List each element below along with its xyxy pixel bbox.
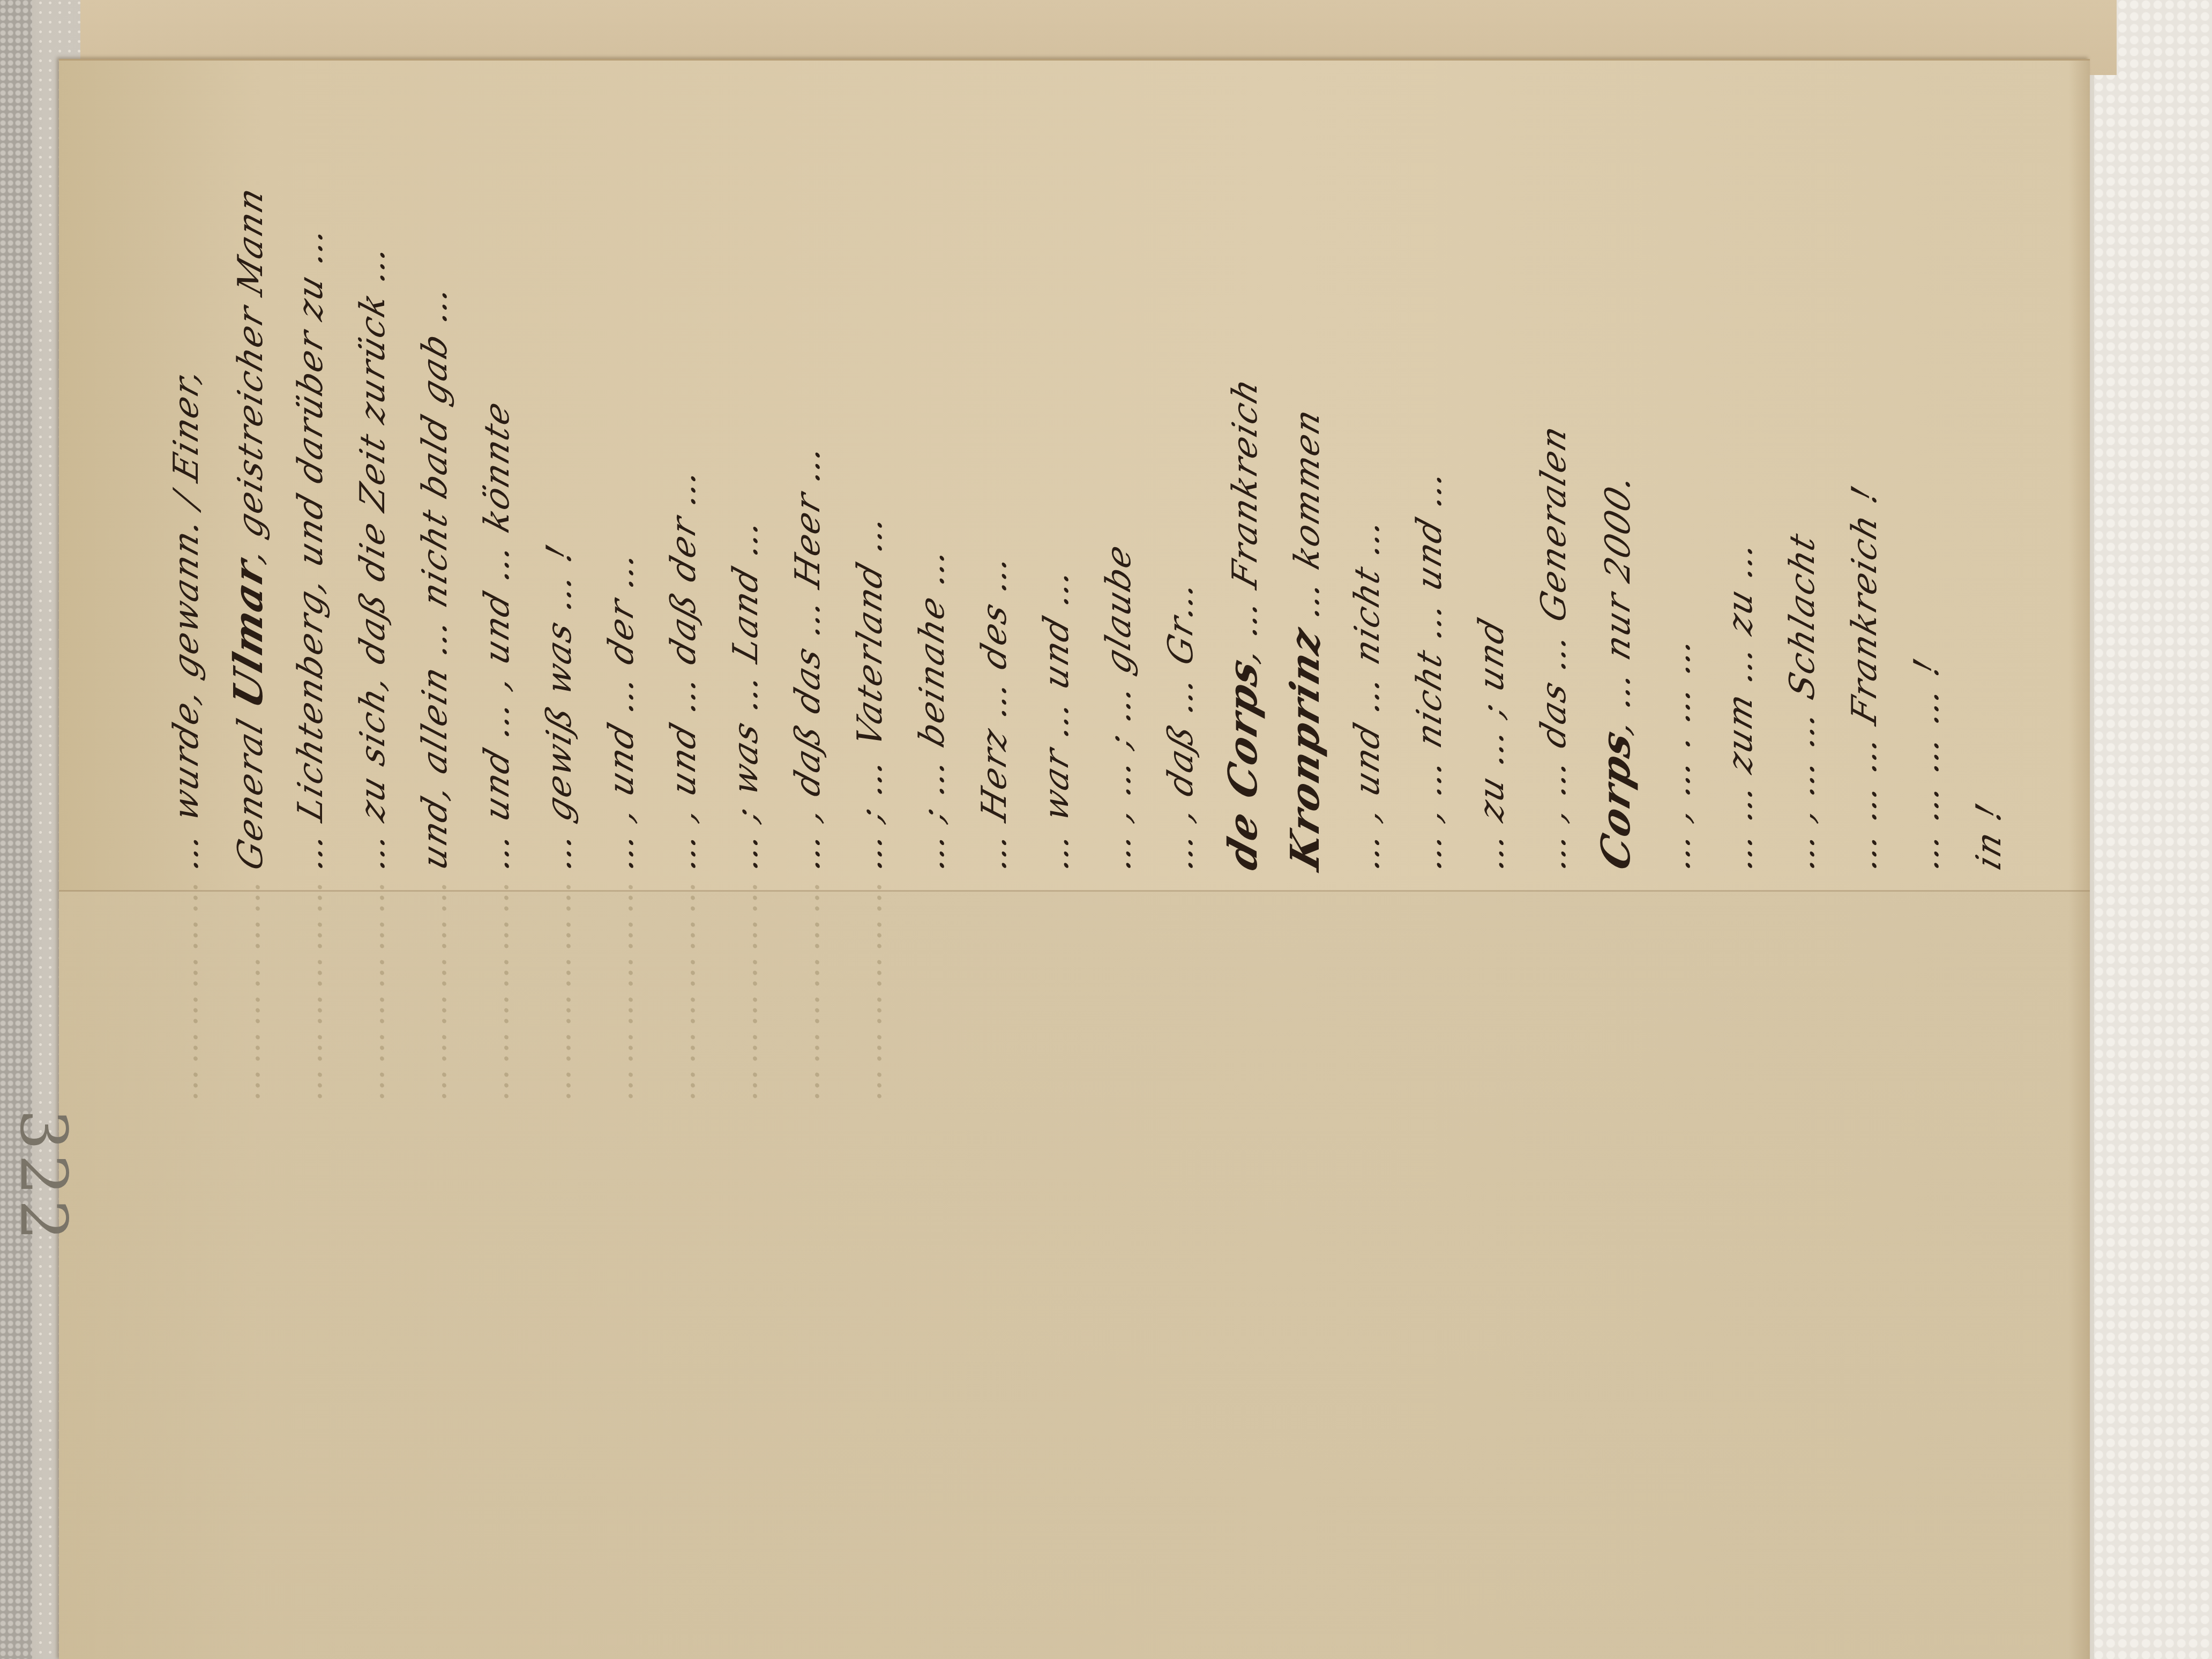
- bleed-through-line: ………………: [404, 869, 466, 1639]
- manuscript-line: … , daß das … Heer …: [777, 22, 839, 878]
- kurrent-text: … wurde, gewann. / Einer,: [167, 362, 206, 875]
- manuscript-line: … zu sich, daß die Zeit zurück …: [342, 22, 404, 878]
- manuscript-line: … war … und …: [1026, 22, 1088, 878]
- kurrent-text: , … Frankreich: [1225, 372, 1265, 667]
- kurrent-text: … … … Frankreich !: [1845, 480, 1885, 875]
- bleed-through-line: ………………: [777, 869, 839, 1639]
- manuscript-line: … … zum … zu …: [1709, 22, 1772, 878]
- page-number: 322: [6, 1066, 80, 1202]
- manuscript-line: … gewiß was … !: [528, 22, 591, 878]
- manuscript-line: … , … ; … glaube: [1088, 22, 1150, 878]
- bleed-through-line: ………………: [280, 869, 342, 1639]
- kurrent-text: … , daß … Gr…: [1161, 574, 1201, 875]
- bleed-through-line: ………………: [466, 869, 528, 1639]
- kurrent-text: … gewiß was … !: [540, 539, 579, 875]
- kurrent-text: … Lichtenberg, und darüber zu …: [291, 220, 331, 875]
- kurrent-text: … , … … Schlacht: [1783, 527, 1822, 875]
- manuscript-line: … … … Frankreich !: [1834, 22, 1896, 878]
- kurrent-text: , … nur 2000.: [1598, 468, 1638, 738]
- manuscript-line: … , … nicht … und …: [1399, 22, 1461, 878]
- manuscript-line: … , und … nicht …: [1336, 22, 1399, 878]
- kurrent-text: , geistreicher Mann: [231, 181, 271, 567]
- kurrent-text: … , daß das … Heer …: [788, 438, 828, 875]
- latin-script-word: Kronprinz: [1282, 621, 1328, 876]
- kurrent-text: … , … das … Generalen: [1534, 420, 1574, 875]
- latin-script-word: Corps: [1593, 723, 1639, 876]
- bleed-through-line: ………………: [591, 869, 653, 1639]
- latin-script-word: de Corps: [1220, 652, 1266, 876]
- kurrent-text: … , und … der …: [602, 544, 641, 875]
- bleed-through-text: ……………………………………………………………………………………………………………: [155, 879, 901, 1629]
- kurrent-text: … war … und …: [1037, 562, 1077, 875]
- manuscript-line: … , und … daß der …: [653, 22, 715, 878]
- kurrent-text: … ; was … Land …: [726, 512, 766, 875]
- kurrent-text: … , … nicht … und …: [1410, 464, 1449, 875]
- manuscript-line: Kronprinz … kommen: [1274, 22, 1336, 878]
- manuscript-line: … … … … !: [1896, 22, 1958, 878]
- manuscript-line: … ; … Vaterland …: [839, 22, 901, 878]
- manuscript-line: de Corps, … Frankreich: [1212, 22, 1274, 878]
- manuscript-photo: 322 … wurde, gewann. / Einer,General Ulm…: [0, 0, 2212, 1659]
- manuscript-line: … , … das … Generalen: [1523, 22, 1585, 878]
- manuscript-line: General Ulmar, geistreicher Mann: [218, 22, 280, 878]
- bleed-through-line: ………………: [155, 869, 218, 1639]
- kurrent-text: … , und … daß der …: [664, 462, 704, 875]
- bleed-through-line: ………………: [218, 869, 280, 1639]
- kurrent-text: … , und … nicht …: [1348, 512, 1387, 875]
- kurrent-text: … zu … ; und: [1472, 612, 1512, 875]
- manuscript-line: … Lichtenberg, und darüber zu …: [280, 22, 342, 878]
- manuscript-line: und, allein … nicht bald gab …: [404, 22, 466, 878]
- manuscript-line: … ; was … Land …: [715, 22, 777, 878]
- manuscript-line: … zu … ; und: [1461, 22, 1523, 878]
- manuscript-line: in !: [1958, 22, 2020, 878]
- bleed-through-line: ………………: [528, 869, 591, 1639]
- background-fabric-right: [2094, 0, 2212, 1659]
- kurrent-text: und, allein … nicht bald gab …: [415, 279, 455, 875]
- manuscript-line: … , und … der …: [591, 22, 653, 878]
- bleed-through-line: ………………: [839, 869, 901, 1639]
- kurrent-text: … , … . … …: [1658, 631, 1698, 875]
- manuscript-line: … , daß … Gr…: [1150, 22, 1212, 878]
- kurrent-text: General: [231, 701, 271, 876]
- manuscript-line: … wurde, gewann. / Einer,: [155, 22, 218, 878]
- manuscript-line: … Herz … des …: [963, 22, 1026, 878]
- kurrent-text: in !: [1969, 797, 2009, 875]
- manuscript-line: … und … , und … könnte: [466, 22, 528, 878]
- manuscript-line: … , … . … …: [1647, 22, 1709, 878]
- bleed-through-line: ………………: [653, 869, 715, 1639]
- kurrent-text: … … zum … zu …: [1721, 535, 1760, 875]
- manuscript-line: … ; … beinahe …: [901, 22, 963, 878]
- kurrent-text: … … … … !: [1907, 653, 1947, 875]
- kurrent-text: … ; … beinahe …: [913, 541, 952, 875]
- background-fabric-left: [0, 0, 32, 1659]
- kurrent-text: … Herz … des …: [975, 548, 1014, 875]
- handwritten-text-block: … wurde, gewann. / Einer,General Ulmar, …: [155, 32, 2031, 868]
- kurrent-text: … kommen: [1288, 403, 1327, 636]
- kurrent-text: … zu sich, daß die Zeit zurück …: [353, 238, 393, 875]
- kurrent-text: … ; … Vaterland …: [850, 509, 890, 875]
- bleed-through-line: ………………: [715, 869, 777, 1639]
- page-edge-shadow: [2068, 61, 2090, 1659]
- kurrent-text: … , … ; … glaube: [1099, 539, 1139, 875]
- bleed-through-line: ………………: [342, 869, 404, 1639]
- manuscript-line: Corps, … nur 2000.: [1585, 22, 1647, 878]
- manuscript-line: … , … … Schlacht: [1772, 22, 1834, 878]
- latin-script-word: Ulmar: [226, 552, 272, 714]
- kurrent-text: … und … , und … könnte: [477, 395, 517, 875]
